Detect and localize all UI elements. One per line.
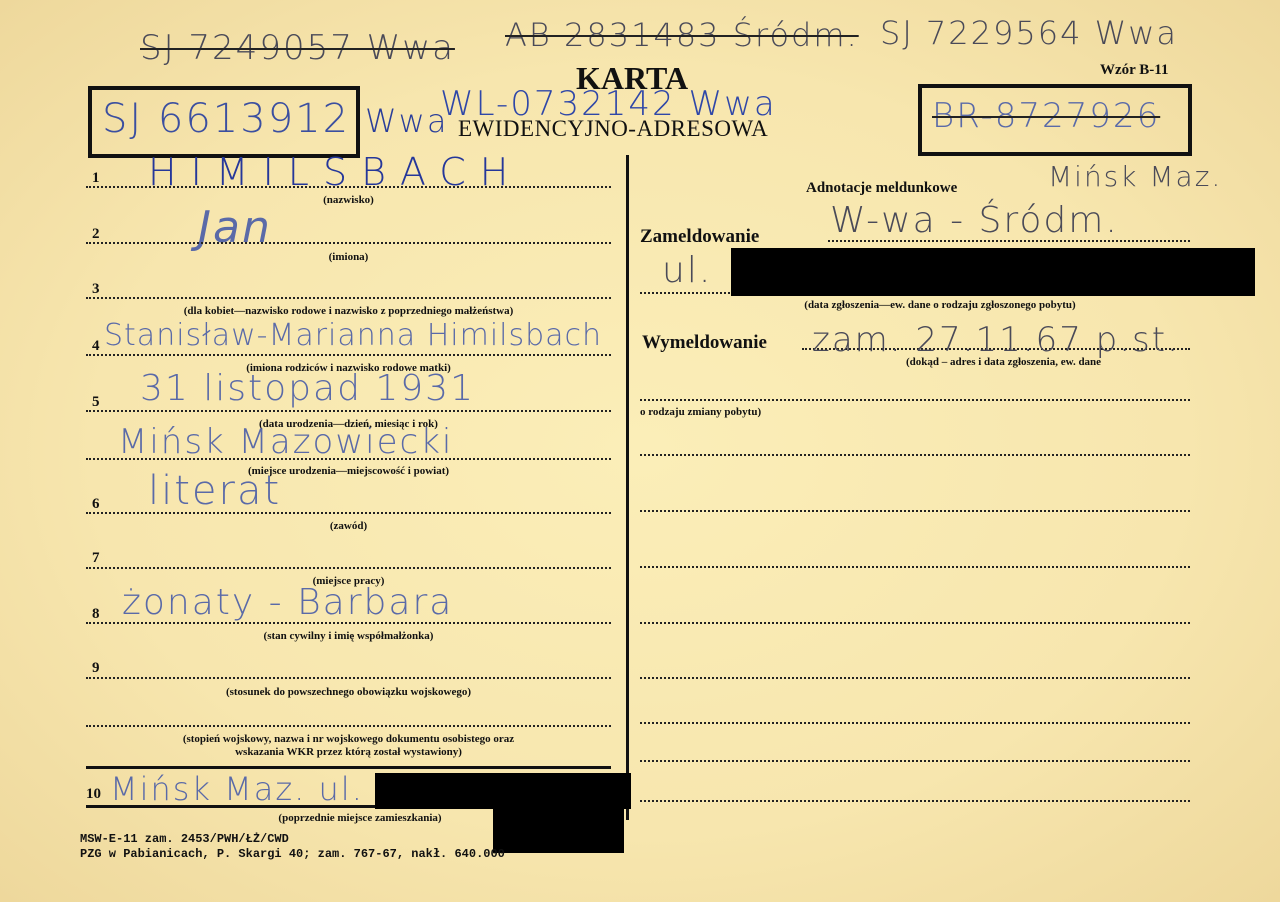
field-6-number: 6 (92, 496, 100, 513)
field-previous-address-value: Mińsk Maz. ul. (110, 770, 364, 808)
field-4-line (86, 354, 611, 356)
field-9-number: 9 (92, 660, 100, 677)
field-birthplace-value: Mińsk Mazowiecki (118, 422, 453, 462)
check-in-label: Zameldowanie (640, 226, 759, 248)
field-5-number: 5 (92, 394, 100, 411)
field-4-number: 4 (92, 338, 100, 355)
field-6-line (86, 512, 611, 514)
annotation-line (640, 677, 1190, 679)
field-8-caption: (stan cywilny i imię współmałżonka) (86, 630, 611, 642)
check-out-line-2 (640, 399, 1190, 401)
form-code: Wzór B-11 (1100, 62, 1168, 79)
old-id-number-2: AB 2831483 Śródm. (505, 16, 859, 54)
id-number-box-left: SJ 6613912 (88, 86, 360, 158)
id-number-left: SJ 6613912 (102, 96, 350, 142)
old-id-number-3: SJ 7229564 Wwa (880, 14, 1178, 52)
print-info-line-2: PZG w Pabianicach, P. Skargi 40; zam. 76… (80, 847, 505, 861)
check-out-value: zam. 27.11.67 p.st. (812, 320, 1180, 360)
field-3-number: 3 (92, 281, 100, 298)
annotation-line (640, 800, 1190, 802)
field-7-number: 7 (92, 550, 100, 567)
registration-heading-note: Mińsk Maz. (1048, 160, 1222, 193)
check-out-caption: (dokąd – adres i data zgłoszenia, ew. da… (906, 356, 1101, 368)
field-2-line (86, 242, 611, 244)
field-3-line (86, 297, 611, 299)
old-id-number-1: SJ 7249057 Wwa (140, 28, 455, 68)
check-in-caption: (data zgłoszenia—ew. dane o rodzaju zgło… (700, 299, 1180, 311)
annotation-line (640, 760, 1190, 762)
field-7-line (86, 567, 611, 569)
registration-annotations-heading: Adnotacje meldunkowe (806, 180, 957, 197)
id-number-right: BR-8727926 (932, 96, 1160, 136)
annotation-line (640, 566, 1190, 568)
field-9-line (86, 677, 611, 679)
id-number-left-suffix: Wwa (365, 102, 448, 140)
annotation-line (640, 510, 1190, 512)
field-5-line (86, 410, 611, 412)
field-8-line (86, 622, 611, 624)
redacted-check-in-address (731, 248, 1255, 296)
field-parents-value: Stanisław-Marianna Himilsbach (104, 318, 602, 353)
field-10-line (86, 805, 376, 808)
field-birthplace-line (86, 458, 611, 460)
column-divider (626, 155, 629, 820)
redacted-address-1 (375, 773, 631, 809)
annotation-line (640, 722, 1190, 724)
field-military-line (86, 725, 611, 727)
field-10-caption: (poprzednie miejsce zamieszkania) (210, 812, 510, 824)
field-first-name-value: Jan (198, 202, 272, 253)
field-6-caption: (zawód) (86, 520, 611, 532)
print-info-line-1: MSW-E-11 zam. 2453/PWH/ŁŻ/CWD (80, 832, 289, 846)
section-separator (86, 766, 611, 769)
check-out-label: Wymeldowanie (642, 332, 767, 354)
center-id-number: WL-0732142 Wwa (440, 84, 777, 124)
field-1-number: 1 (92, 170, 100, 187)
field-1-line (86, 186, 611, 188)
check-in-value: W-wa - Śródm. (830, 200, 1119, 241)
field-occupation-value: literat (148, 468, 281, 514)
field-military-caption-2: wskazania WKR przez którą został wystawi… (86, 746, 611, 758)
field-9-caption: (stosunek do powszechnego obowiązku wojs… (86, 686, 611, 698)
field-1-caption: (nazwisko) (86, 194, 611, 206)
check-in-street-prefix: ul. (662, 250, 712, 291)
field-3-caption: (dla kobiet—nazwisko rodowe i nazwisko z… (86, 305, 611, 317)
field-marital-status-value: żonaty - Barbara (122, 582, 453, 623)
redacted-address-2 (493, 806, 624, 853)
annotation-line (640, 454, 1190, 456)
id-number-box-right: BR-8727926 (918, 84, 1192, 156)
annotation-line (640, 622, 1190, 624)
field-10-number: 10 (86, 786, 101, 803)
field-2-caption: (imiona) (86, 251, 611, 263)
field-2-number: 2 (92, 226, 100, 243)
field-birth-date-value: 31 listopad 1931 (140, 368, 475, 409)
field-8-number: 8 (92, 606, 100, 623)
field-military-caption: (stopień wojskowy, nazwa i nr wojskowego… (86, 733, 611, 745)
check-out-caption-2: o rodzaju zmiany pobytu) (640, 406, 761, 418)
